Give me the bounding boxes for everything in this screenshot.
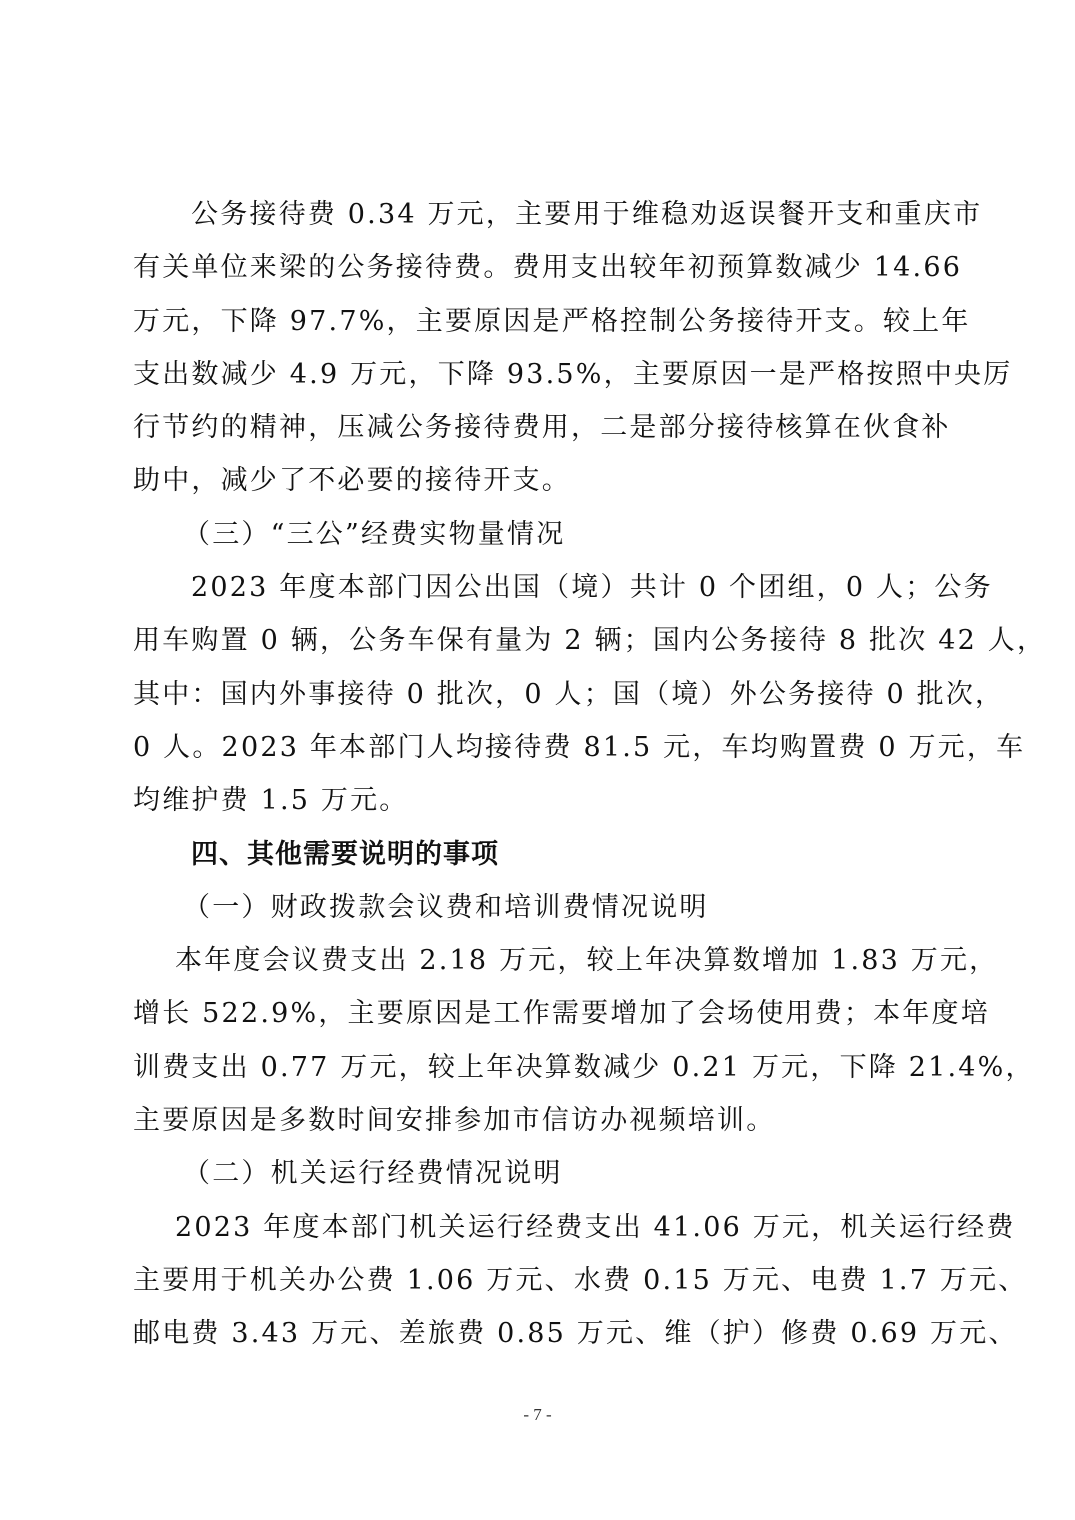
paragraph-line: 主要原因是多数时间安排参加市信访办视频培训。 [133, 1094, 945, 1147]
paragraph-line: 万元，下降 97.7%，主要原因是严格控制公务接待开支。较上年 [133, 295, 945, 348]
paragraph-line: 支出数减少 4.9 万元，下降 93.5%，主要原因一是严格按照中央厉 [133, 348, 945, 401]
document-body: 公务接待费 0.34 万元，主要用于维稳劝返误餐开支和重庆市 有关单位来梁的公务… [133, 188, 945, 1361]
subheading-meeting-training-fees: （一）财政拨款会议费和培训费情况说明 [133, 881, 945, 934]
paragraph-line: 公务接待费 0.34 万元，主要用于维稳劝返误餐开支和重庆市 [133, 188, 945, 241]
paragraph-line: 均维护费 1.5 万元。 [133, 774, 945, 827]
subheading-agency-operating-expenses: （二）机关运行经费情况说明 [133, 1147, 945, 1200]
paragraph-line: 有关单位来梁的公务接待费。费用支出较年初预算数减少 14.66 [133, 241, 945, 294]
paragraph-line: 0 人。2023 年本部门人均接待费 81.5 元，车均购置费 0 万元，车 [133, 721, 945, 774]
paragraph-line: 邮电费 3.43 万元、差旅费 0.85 万元、维（护）修费 0.69 万元、 [133, 1307, 945, 1360]
paragraph-line: 主要用于机关办公费 1.06 万元、水费 0.15 万元、电费 1.7 万元、 [133, 1254, 945, 1307]
paragraph-line: 用车购置 0 辆，公务车保有量为 2 辆；国内公务接待 8 批次 42 人， [133, 614, 945, 667]
section-heading-other-matters: 四、其他需要说明的事项 [133, 828, 945, 881]
paragraph-line: 增长 522.9%，主要原因是工作需要增加了会场使用费；本年度培 [133, 987, 945, 1040]
paragraph-line: 训费支出 0.77 万元，较上年决算数减少 0.21 万元，下降 21.4%， [133, 1041, 945, 1094]
paragraph-line: 2023 年度本部门机关运行经费支出 41.06 万元，机关运行经费 [133, 1201, 945, 1254]
page-number: - 7 - [0, 1405, 1075, 1425]
document-page: 公务接待费 0.34 万元，主要用于维稳劝返误餐开支和重庆市 有关单位来梁的公务… [0, 0, 1075, 1520]
paragraph-line: 2023 年度本部门因公出国（境）共计 0 个团组，0 人；公务 [133, 561, 945, 614]
paragraph-line: 本年度会议费支出 2.18 万元，较上年决算数增加 1.83 万元， [133, 934, 945, 987]
paragraph-line: 助中，减少了不必要的接待开支。 [133, 454, 945, 507]
paragraph-line: 行节约的精神，压减公务接待费用，二是部分接待核算在伙食补 [133, 401, 945, 454]
paragraph-line: 其中：国内外事接待 0 批次，0 人；国（境）外公务接待 0 批次， [133, 668, 945, 721]
subheading-three-public-physical-quantity: （三）“三公”经费实物量情况 [133, 508, 945, 561]
